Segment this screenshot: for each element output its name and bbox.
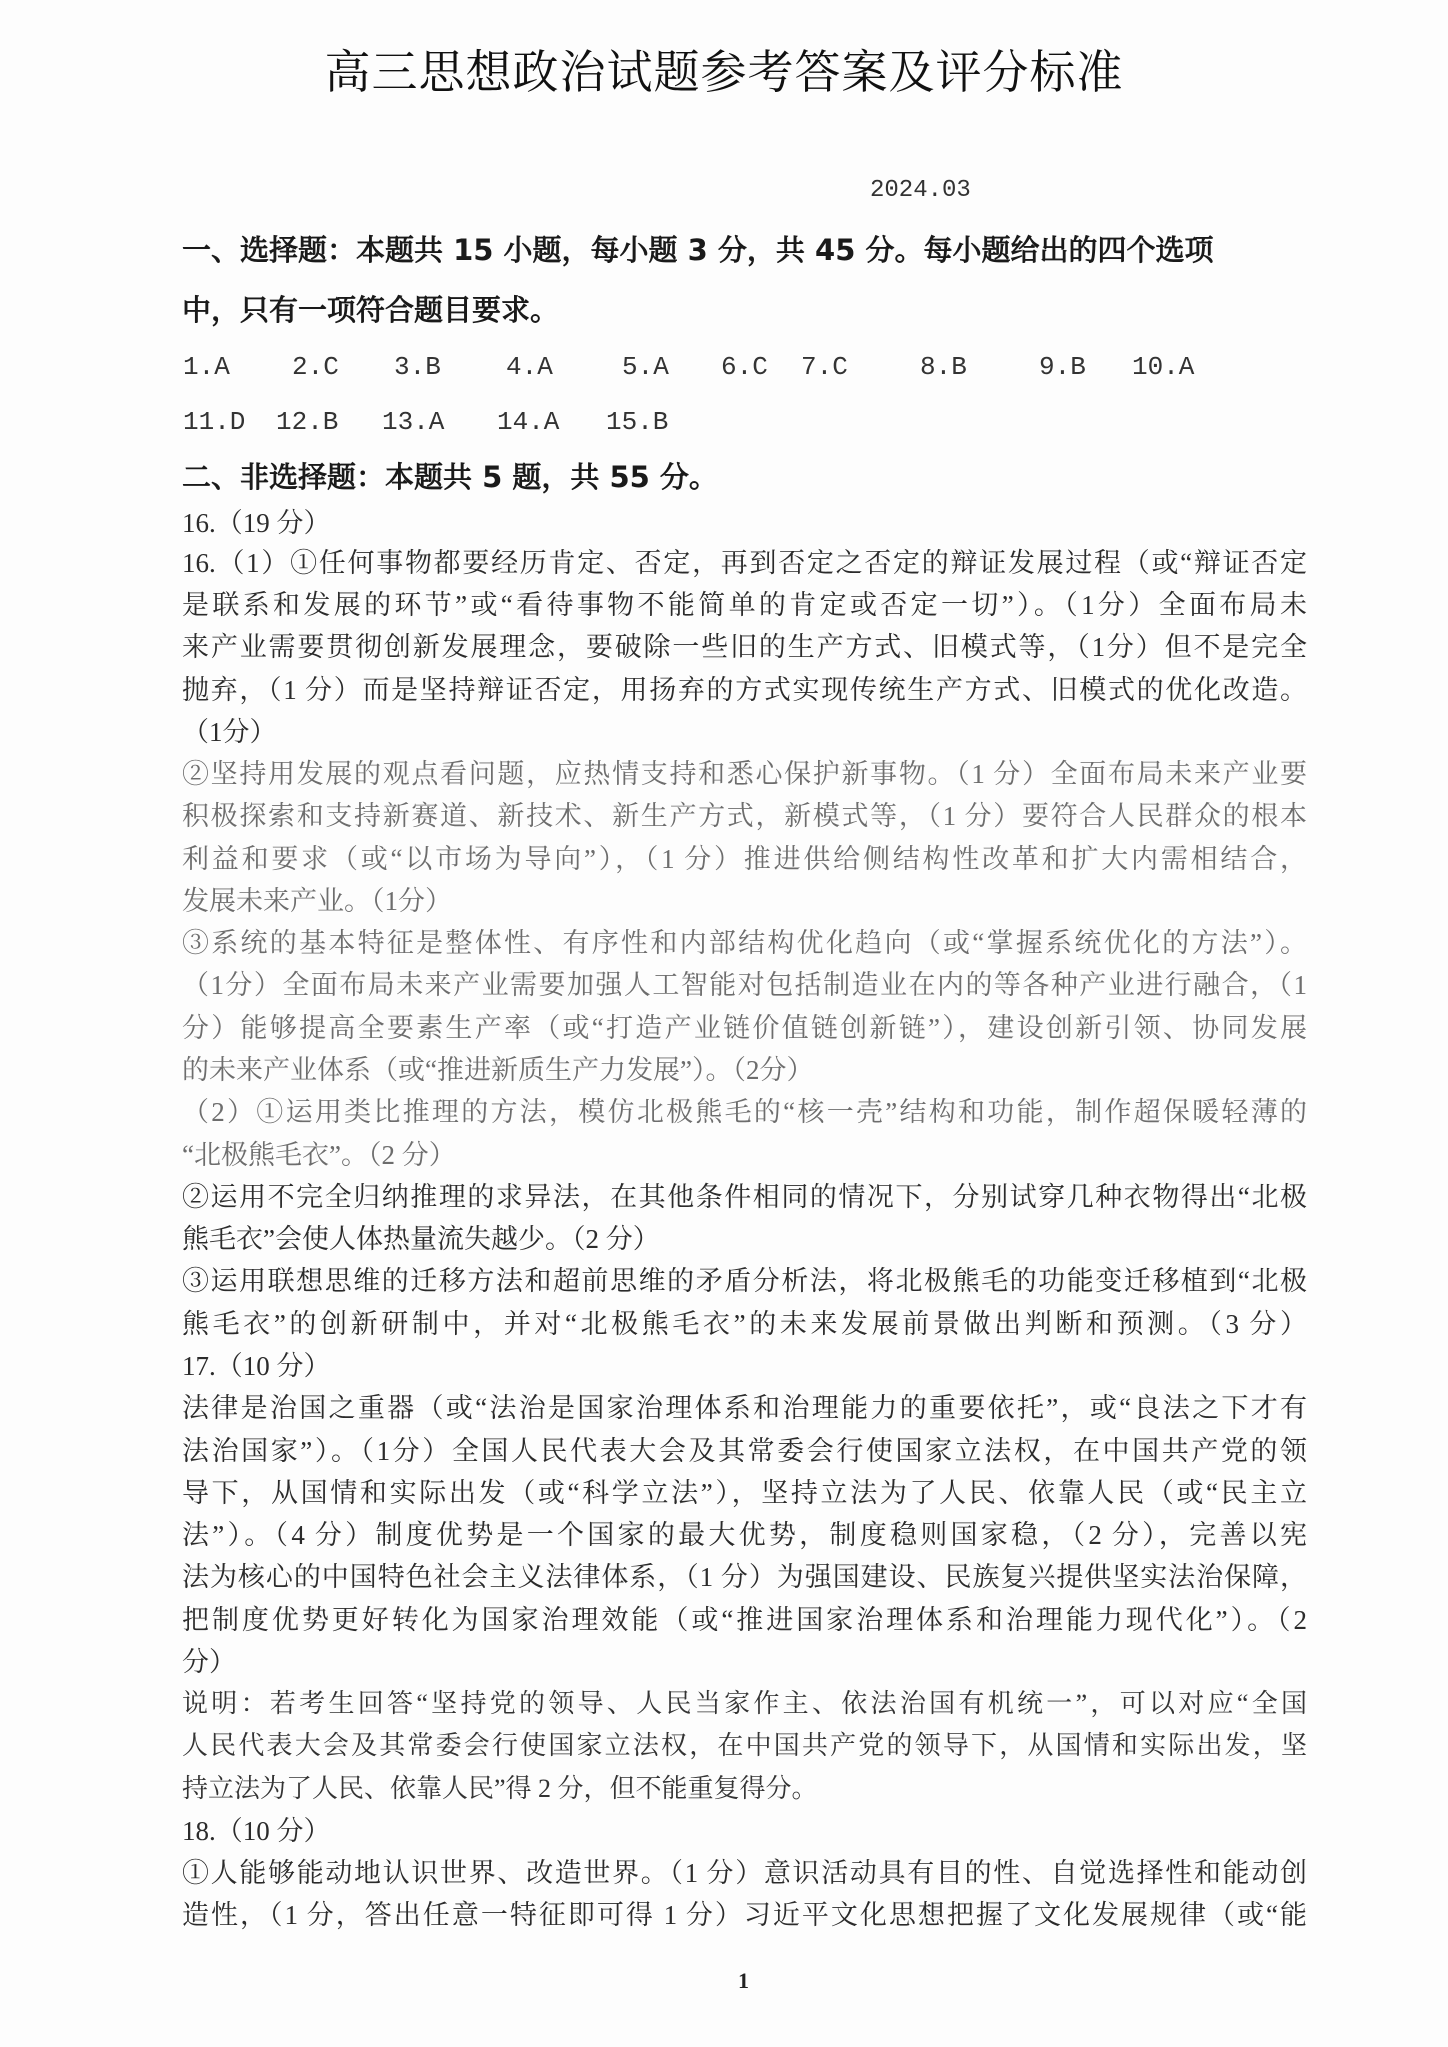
text-line: 来产业需要贯彻创新发展理念，要破除一些旧的生产方式、旧模式等，（1分）但不是完全 bbox=[182, 630, 1307, 664]
answer-item: 13.A bbox=[382, 406, 444, 438]
answer-item: 3.B bbox=[394, 351, 441, 383]
document-title: 高三思想政治试题参考答案及评分标准 bbox=[0, 44, 1448, 100]
answer-item: 2.C bbox=[292, 351, 339, 383]
document-date: 2024.03 bbox=[870, 176, 971, 206]
note-line: 持立法为了人民、依靠人民”得 2 分，但不能重复得分。 bbox=[182, 1772, 1307, 1806]
answer-item: 6.C bbox=[721, 351, 768, 383]
answer-item: 8.B bbox=[920, 351, 967, 383]
answer-item: 9.B bbox=[1039, 351, 1086, 383]
answer-item: 15.B bbox=[606, 406, 668, 438]
answer-item: 14.A bbox=[497, 406, 559, 438]
text-line: 分） bbox=[182, 1645, 1307, 1679]
text-line: 发展未来产业。（1分） bbox=[182, 884, 1307, 918]
text-line: 的未来产业体系（或“推进新质生产力发展”）。（2分） bbox=[182, 1053, 1307, 1087]
text-line: 16.（1）①任何事物都要经历肯定、否定，再到否定之否定的辩证发展过程（或“辩证… bbox=[182, 546, 1307, 580]
text-line: 积极探索和支持新赛道、新技术、新生产方式，新模式等，（1 分）要符合人民群众的根… bbox=[182, 799, 1307, 833]
text-line: “北极熊毛衣”。（2 分） bbox=[182, 1138, 1307, 1172]
text-line: ①人能够能动地认识世界、改造世界。（1 分）意识活动具有目的性、自觉选择性和能动… bbox=[182, 1856, 1307, 1890]
text-line: ③系统的基本特征是整体性、有序性和内部结构优化趋向（或“掌握系统优化的方法”）。 bbox=[182, 926, 1307, 960]
section1-heading-line2: 中，只有一项符合题目要求。 bbox=[182, 290, 559, 330]
text-line: 熊毛衣”会使人体热量流失越少。（2 分） bbox=[182, 1222, 1307, 1256]
text-line: ③运用联想思维的迁移方法和超前思维的矛盾分析法，将北极熊毛的功能变迁移植到“北极 bbox=[182, 1264, 1307, 1298]
text-line: 是联系和发展的环节”或“看待事物不能简单的肯定或否定一切”）。（1分）全面布局未 bbox=[182, 588, 1307, 622]
answer-item: 10.A bbox=[1132, 351, 1194, 383]
section2-heading: 二、非选择题：本题共 5 题，共 55 分。 bbox=[182, 457, 718, 497]
answer-item: 12.B bbox=[276, 406, 338, 438]
answer-item: 1.A bbox=[183, 351, 230, 383]
question-18-header: 18.（10 分） bbox=[182, 1814, 1307, 1848]
text-line: 抛弃，（1 分）而是坚持辩证否定，用扬弃的方式实现传统生产方式、旧模式的优化改造… bbox=[182, 673, 1307, 707]
answer-item: 11.D bbox=[183, 406, 245, 438]
text-line: 分）能够提高全要素生产率（或“打造产业链价值链创新链”），建设创新引领、协同发展 bbox=[182, 1011, 1307, 1045]
text-line: （1分） bbox=[182, 715, 1307, 749]
text-line: 利益和要求（或“以市场为导向”），（1 分）推进供给侧结构性改革和扩大内需相结合… bbox=[182, 842, 1307, 876]
text-line: 熊毛衣”的创新研制中，并对“北极熊毛衣”的未来发展前景做出判断和预测。（3 分） bbox=[182, 1307, 1307, 1341]
question-17-header: 17.（10 分） bbox=[182, 1349, 1307, 1383]
answer-item: 4.A bbox=[506, 351, 553, 383]
text-line: 法律是治国之重器（或“法治是国家治理体系和治理能力的重要依托”，或“良法之下才有 bbox=[182, 1391, 1307, 1425]
text-line: ②运用不完全归纳推理的求异法，在其他条件相同的情况下，分别试穿几种衣物得出“北极 bbox=[182, 1180, 1307, 1214]
text-line: （1分）全面布局未来产业需要加强人工智能对包括制造业在内的等各种产业进行融合，（… bbox=[182, 968, 1307, 1002]
text-line: 法为核心的中国特色社会主义法律体系，（1 分）为强国建设、民族复兴提供坚实法治保… bbox=[182, 1560, 1307, 1594]
document-page: 高三思想政治试题参考答案及评分标准 2024.03 一、选择题：本题共 15 小… bbox=[0, 0, 1448, 2047]
note-line: 说明：若考生回答“坚持党的领导、人民当家作主、依法治国有机统一”，可以对应“全国 bbox=[182, 1687, 1307, 1721]
page-number: 1 bbox=[738, 1968, 749, 1994]
question-16-header: 16.（19 分） bbox=[182, 506, 1307, 540]
text-line: 把制度优势更好转化为国家治理效能（或“推进国家治理体系和治理能力现代化”）。（2 bbox=[182, 1603, 1307, 1637]
text-line: ②坚持用发展的观点看问题，应热情支持和悉心保护新事物。（1 分）全面布局未来产业… bbox=[182, 757, 1307, 791]
text-line: 法治国家”）。（1分）全国人民代表大会及其常委会行使国家立法权，在中国共产党的领 bbox=[182, 1434, 1307, 1468]
text-line: 法”）。（4 分）制度优势是一个国家的最大优势，制度稳则国家稳，（2 分），完善… bbox=[182, 1518, 1307, 1552]
answer-item: 7.C bbox=[801, 351, 848, 383]
text-line: 造性，（1 分，答出任意一特征即可得 1 分）习近平文化思想把握了文化发展规律（… bbox=[182, 1898, 1307, 1932]
text-line: 导下，从国情和实际出发（或“科学立法”），坚持立法为了人民、依靠人民（或“民主立 bbox=[182, 1476, 1307, 1510]
text-line: （2）①运用类比推理的方法，模仿北极熊毛的“核一壳”结构和功能，制作超保暖轻薄的 bbox=[182, 1095, 1307, 1129]
section1-heading-line1: 一、选择题：本题共 15 小题，每小题 3 分，共 45 分。每小题给出的四个选… bbox=[182, 230, 1213, 270]
note-line: 人民代表大会及其常委会行使国家立法权，在中国共产党的领导下，从国情和实际出发，坚 bbox=[182, 1729, 1307, 1763]
answer-item: 5.A bbox=[622, 351, 669, 383]
